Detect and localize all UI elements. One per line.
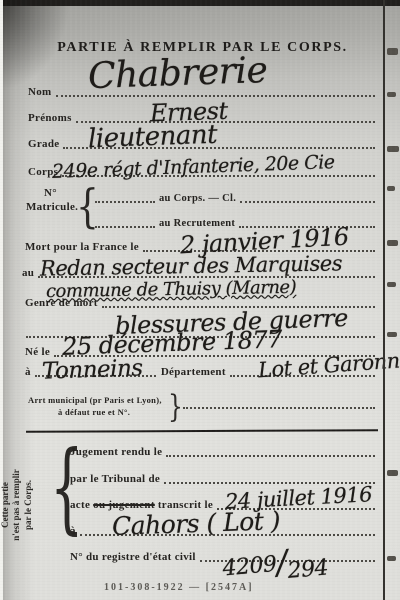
handwritten-lieu-deces-1: Redan secteur des Marquises <box>40 253 342 279</box>
page-edge-mark <box>387 332 397 337</box>
departement-label: Département <box>157 367 229 378</box>
side-note-line: par le Corps. <box>23 430 34 580</box>
scanned-document-page: PARTIE À REMPLIR PAR LE CORPS. Nom Chabr… <box>0 0 400 600</box>
dotted-line <box>240 198 375 203</box>
grade-label: Grade <box>28 139 62 150</box>
side-note: Cette partie n'est pas à remplir par le … <box>0 430 34 580</box>
prenoms-label: Prénoms <box>28 113 75 124</box>
page-edge-mark <box>387 48 398 55</box>
matricule-au-corps-row: au Corps. — Cl. <box>94 188 376 204</box>
side-note-line: Cette partie <box>0 430 11 580</box>
au-recrutement-label: au Recrutement <box>156 219 238 230</box>
tribunal-label: par le Tribunal de <box>70 474 163 485</box>
page-edge-mark <box>387 92 396 97</box>
registre-label: N° du registre d'état civil <box>70 552 199 563</box>
arrondissement-label-2: à défaut rue et N°. <box>58 408 133 417</box>
dotted-line <box>95 198 155 203</box>
dotted-line <box>183 404 375 409</box>
handwritten-date-naissance: 25 décembre 1877 <box>62 327 283 359</box>
au-label: au <box>22 268 37 279</box>
scan-right-page-edges <box>383 0 400 600</box>
nom-label: Nom <box>28 87 55 98</box>
acte-label: acte <box>70 500 93 511</box>
registre-numerator: 4209 <box>222 552 278 582</box>
dotted-line <box>95 223 155 228</box>
a-label: à <box>25 367 34 378</box>
side-note-line: n'est pas à remplir <box>11 430 22 580</box>
ou-jugement-struck-label: ou jugement <box>93 500 158 511</box>
arrondissement-brace: } <box>168 392 183 423</box>
mort-label: Mort pour la France le <box>25 242 142 253</box>
a-label-bottom: à <box>70 526 79 537</box>
genre-mort-label: Genre de mort <box>25 298 101 309</box>
page-edge-mark <box>387 146 399 152</box>
registre-denominator: 294 <box>287 557 329 582</box>
matricule-label: Matricule. <box>26 202 81 213</box>
matricule-no-label: N° <box>44 188 60 199</box>
au-corps-label: au Corps. — Cl. <box>156 194 239 205</box>
dotted-line <box>166 452 375 457</box>
page-edge-mark <box>387 470 398 476</box>
page-edge-mark <box>387 556 396 561</box>
page-edge-mark <box>387 240 398 246</box>
handwritten-nom: Chabrerie <box>87 53 267 95</box>
arrondissement-label-1: Arrt municipal (pr Paris et Lyon), <box>28 396 165 405</box>
handwritten-registre-numero: 4209/294 <box>221 538 329 580</box>
page-edge-mark <box>387 186 395 191</box>
handwritten-lieu-transcription: Cahors ( Lot ) <box>112 508 281 539</box>
page-edge-mark <box>387 282 396 287</box>
handwritten-grade: lieutenant <box>88 122 218 152</box>
arrondissement-value-line <box>182 394 376 410</box>
jugement-label: Jugement rendu le <box>70 447 165 458</box>
field-row-tribunal: par le Tribunal de <box>70 469 376 485</box>
ne-le-label: Né le <box>25 347 53 358</box>
print-reference-code: 101-308-1922 — [2547A] <box>104 582 254 593</box>
field-row-jugement: Jugement rendu le <box>70 442 376 458</box>
handwritten-lieu-naissance: Tonneins <box>42 357 143 383</box>
